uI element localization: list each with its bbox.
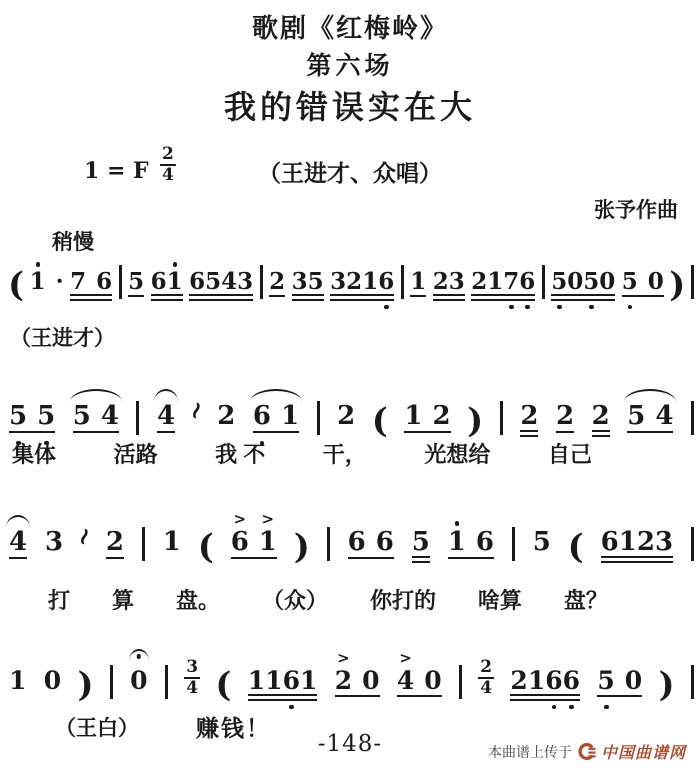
note-char: 0 bbox=[625, 668, 642, 693]
glissando-ornament-icon: ≀ bbox=[76, 521, 93, 550]
note-char: 1 bbox=[362, 270, 378, 293]
note-group: 4> 0 bbox=[396, 668, 443, 702]
note-group: 2 bbox=[555, 403, 575, 438]
note-char: 1 bbox=[487, 270, 503, 293]
note-group: 2 bbox=[105, 529, 125, 564]
octave-dot-low bbox=[569, 705, 574, 710]
lyric-syllable: 活路 bbox=[114, 438, 158, 469]
note-char: 1 bbox=[30, 270, 46, 293]
note-char: 4 bbox=[157, 403, 175, 429]
octave-dot-low bbox=[525, 305, 530, 310]
note-char bbox=[46, 270, 56, 293]
lyric-syllable: 盘？ bbox=[564, 584, 608, 615]
accent-mark: > bbox=[399, 651, 412, 666]
octave-dot-low bbox=[557, 305, 562, 310]
note-group: 1 bbox=[162, 529, 182, 564]
note-char: 2 bbox=[520, 403, 538, 429]
note-char: 3 bbox=[330, 270, 346, 293]
scene-title: 第六场 bbox=[0, 46, 700, 82]
note-char: 1 bbox=[448, 529, 466, 555]
role-label-wangjincai: （王进才） bbox=[10, 322, 115, 352]
parenthesis: ( bbox=[8, 271, 24, 302]
note-char: 3 bbox=[449, 270, 465, 293]
note-char: 3 bbox=[655, 529, 673, 555]
slur-arc bbox=[624, 389, 676, 402]
note-group: 6> 1> bbox=[230, 529, 278, 564]
note-char: 5 bbox=[583, 270, 599, 293]
barline bbox=[110, 665, 113, 699]
octave-dot-high bbox=[173, 262, 178, 267]
barline bbox=[327, 527, 330, 561]
barline bbox=[542, 265, 545, 299]
note-char: 6 bbox=[545, 668, 562, 693]
note-char: 0 bbox=[648, 270, 664, 293]
barline bbox=[260, 265, 263, 299]
note-group: 5 0 bbox=[621, 270, 665, 302]
note-char bbox=[352, 668, 362, 693]
parenthesis: ( bbox=[568, 533, 584, 564]
note-char: 1 bbox=[163, 529, 181, 555]
note-char: 6> bbox=[231, 529, 249, 555]
note-char bbox=[615, 668, 625, 693]
note-char: 1 bbox=[410, 270, 426, 293]
note-char: 5 bbox=[622, 270, 638, 293]
note-group: 6543 bbox=[188, 270, 254, 302]
time-signature-numerator: 2 bbox=[160, 146, 176, 164]
note-char: 5 bbox=[533, 529, 551, 555]
octave-dot-low bbox=[552, 705, 557, 710]
note-char: 6 bbox=[348, 529, 366, 555]
note-char: 0 bbox=[130, 668, 147, 693]
lyric-syllable: 你打的 bbox=[370, 584, 436, 615]
note-group: 5 4 bbox=[72, 403, 120, 438]
note-group: 1 · bbox=[29, 270, 65, 302]
note-char: 6 bbox=[283, 668, 300, 693]
opera-series-title: 歌剧《红梅岭》 bbox=[0, 8, 700, 45]
note-group: 2> 0 bbox=[334, 668, 381, 702]
note-char: 5 bbox=[9, 403, 27, 429]
octave-dot-low bbox=[509, 305, 514, 310]
note-char: 7 bbox=[70, 270, 86, 293]
note-char: 1 bbox=[281, 403, 299, 429]
parenthesis: ( bbox=[372, 407, 388, 438]
octave-dot-low bbox=[628, 305, 633, 310]
composer-credit: 张予作曲 bbox=[594, 194, 678, 224]
sheet-music-page: 歌剧《红梅岭》 第六场 我的错误实在大 1 = F 2 4 （王进才、众唱） 张… bbox=[0, 0, 700, 772]
octave-dot-low bbox=[589, 305, 594, 310]
lyric-syllable: 算 bbox=[112, 584, 134, 615]
note-char: 5 bbox=[205, 270, 221, 293]
lyric-syllable: 光想给 bbox=[424, 438, 490, 469]
octave-dot-low bbox=[384, 305, 389, 310]
note-char bbox=[638, 270, 648, 293]
note-char bbox=[86, 270, 96, 293]
note-char: 2 bbox=[510, 668, 527, 693]
barline bbox=[317, 401, 320, 435]
note-char: 3 bbox=[292, 270, 308, 293]
barline bbox=[401, 265, 404, 299]
barline bbox=[165, 665, 168, 699]
note-group: 3216 bbox=[329, 270, 395, 302]
note-char: 6 bbox=[519, 270, 535, 293]
note-group: 61 bbox=[150, 270, 184, 302]
note-char: 2 bbox=[217, 403, 235, 429]
lyric-syllable: 打 bbox=[48, 584, 70, 615]
time-signature-denominator: 4 bbox=[184, 677, 200, 698]
note-group: 4 bbox=[156, 403, 176, 438]
glissando-ornament-icon: ≀ bbox=[188, 395, 205, 424]
barline bbox=[500, 401, 503, 435]
music-line-1: (1 ·7 656165432353216123217650505 0) bbox=[8, 250, 695, 302]
zhongguoqupu-logo-icon bbox=[577, 742, 596, 761]
note-group: 1 bbox=[8, 668, 27, 702]
note-group: 6123 bbox=[600, 529, 674, 564]
slur-arc bbox=[70, 389, 122, 402]
note-group: 2166 bbox=[509, 668, 581, 702]
note-group: 4 bbox=[8, 529, 28, 564]
note-group: 2 bbox=[591, 403, 611, 438]
barline bbox=[119, 265, 122, 299]
note-char: 0 bbox=[44, 668, 61, 693]
note-char: 3 bbox=[237, 270, 253, 293]
note-group: 6 1 bbox=[252, 403, 300, 438]
octave-dot-high bbox=[455, 521, 460, 526]
barline bbox=[136, 401, 139, 435]
barline bbox=[691, 665, 694, 699]
music-line-4: 10)034(11612> 04> 02421665 0) bbox=[8, 646, 695, 702]
note-char: 6 bbox=[378, 270, 394, 293]
note-char: 0 bbox=[424, 668, 441, 693]
note-char: 1 bbox=[167, 270, 183, 293]
note-group: 5 bbox=[532, 529, 552, 564]
note-char: 4 bbox=[655, 403, 673, 429]
note-group: 1 bbox=[409, 270, 427, 302]
lyrics-row-2: 打算盘。（众）你打的啥算盘？ bbox=[48, 584, 608, 615]
note-group: 5 0 bbox=[596, 668, 643, 702]
note-char: 1 bbox=[265, 668, 282, 693]
note-char bbox=[414, 668, 424, 693]
note-char: 5 bbox=[73, 403, 91, 429]
note-char: 1 bbox=[619, 529, 637, 555]
note-char: 5 bbox=[128, 270, 144, 293]
note-char bbox=[366, 529, 376, 555]
note-char: 1 bbox=[528, 668, 545, 693]
octave-dot-low bbox=[289, 705, 294, 710]
note-char: · bbox=[56, 270, 64, 293]
note-char bbox=[645, 403, 655, 429]
time-signature: 2 4 bbox=[160, 146, 176, 185]
accent-mark: > bbox=[262, 512, 275, 527]
parenthesis: ( bbox=[198, 533, 214, 564]
note-char: 2 bbox=[337, 403, 355, 429]
note-group: 2 bbox=[216, 403, 236, 438]
lyric-syllable: 我 不 bbox=[215, 438, 265, 469]
time-signature-numerator: 3 bbox=[184, 659, 200, 677]
lyric-syllable: 集体 bbox=[12, 438, 56, 469]
barline bbox=[691, 265, 694, 299]
parenthesis: ) bbox=[467, 407, 483, 438]
note-char: 4 bbox=[101, 403, 119, 429]
octave-dot-high bbox=[36, 262, 41, 267]
lyric-syllable: 盘。 bbox=[176, 584, 220, 615]
note-char: 6 bbox=[376, 529, 394, 555]
performers-label: （王进才、众唱） bbox=[258, 155, 442, 188]
note-group: 1161 bbox=[247, 668, 319, 702]
note-char bbox=[91, 403, 101, 429]
note-group: 0 bbox=[129, 668, 148, 702]
parenthesis: ) bbox=[77, 671, 93, 702]
note-char: 2 bbox=[637, 529, 655, 555]
note-char: 6 bbox=[563, 668, 580, 693]
note-group: 2 bbox=[268, 270, 286, 302]
slur-arc bbox=[6, 515, 30, 528]
note-char: 6 bbox=[189, 270, 205, 293]
note-char bbox=[27, 403, 37, 429]
note-char: 2 bbox=[592, 403, 610, 429]
lyrics-row-1: 集体活路我 不干，光想给自己 bbox=[12, 438, 592, 469]
parenthesis: ( bbox=[215, 671, 231, 702]
time-signature-numerator: 2 bbox=[478, 659, 494, 677]
note-char: 4 bbox=[221, 270, 237, 293]
note-char: 6 bbox=[151, 270, 167, 293]
note-char: 1 bbox=[404, 403, 422, 429]
music-line-3: 43≀21(6> 1>)6 651 65(6123 bbox=[8, 508, 695, 564]
note-char: 2 bbox=[433, 270, 449, 293]
watermark-text: 本曲谱上传于 bbox=[488, 742, 572, 762]
note-char: 5 bbox=[37, 403, 55, 429]
note-group: 5 bbox=[127, 270, 145, 302]
note-group: 6 6 bbox=[347, 529, 395, 564]
note-char: 2 bbox=[556, 403, 574, 429]
note-char bbox=[271, 403, 281, 429]
note-char: 6 bbox=[476, 529, 494, 555]
note-char: 7 bbox=[503, 270, 519, 293]
note-char: 4> bbox=[397, 668, 414, 693]
note-char: 5 bbox=[308, 270, 324, 293]
time-signature-change: 34 bbox=[184, 659, 200, 698]
note-char: 5 bbox=[597, 668, 614, 693]
key-signature: 1 = F bbox=[84, 158, 149, 184]
barline bbox=[142, 527, 145, 561]
parenthesis: ) bbox=[294, 533, 310, 564]
time-signature-change: 24 bbox=[478, 659, 494, 698]
note-char: 3 bbox=[45, 529, 63, 555]
music-line-2: 5 55 44≀26 12(1 2)2225 4 bbox=[8, 382, 695, 438]
accent-mark: > bbox=[233, 512, 246, 527]
lyric-syllable: 啥算 bbox=[478, 584, 522, 615]
note-group: 7 6 bbox=[69, 270, 113, 302]
note-group: 5050 bbox=[550, 270, 616, 302]
barline bbox=[691, 401, 694, 435]
note-group: 1 6 bbox=[447, 529, 495, 564]
note-char: 5 bbox=[412, 529, 430, 555]
note-char: 5 bbox=[551, 270, 567, 293]
song-title: 我的错误实在大 bbox=[0, 82, 700, 128]
barline bbox=[459, 665, 462, 699]
slur-arc bbox=[250, 389, 302, 402]
note-char: 2 bbox=[433, 403, 451, 429]
fermata-icon bbox=[129, 649, 149, 661]
time-signature-denominator: 4 bbox=[478, 677, 494, 698]
note-char: 2 bbox=[346, 270, 362, 293]
barline bbox=[512, 527, 515, 561]
accent-mark: > bbox=[337, 651, 350, 666]
note-char: 1> bbox=[259, 529, 277, 555]
note-group: 5 4 bbox=[626, 403, 674, 438]
lyric-syllable: 干， bbox=[323, 438, 367, 469]
note-group: 0 bbox=[43, 668, 62, 702]
note-char: 4 bbox=[9, 529, 27, 555]
note-char: 2> bbox=[335, 668, 352, 693]
note-char: 6 bbox=[601, 529, 619, 555]
note-char: 2 bbox=[471, 270, 487, 293]
lyric-syllable: 自己 bbox=[548, 438, 592, 469]
note-group: 5 bbox=[411, 529, 431, 564]
parenthesis: ) bbox=[658, 671, 674, 702]
note-group: 35 bbox=[291, 270, 325, 302]
watermark-brand: 中国曲谱网 bbox=[601, 740, 686, 763]
note-group: 2 bbox=[519, 403, 539, 438]
note-char: 6 bbox=[253, 403, 271, 429]
note-char: 2 bbox=[106, 529, 124, 555]
note-char: 0 bbox=[567, 270, 583, 293]
note-char bbox=[423, 403, 433, 429]
note-char bbox=[249, 529, 259, 555]
note-group: 2176 bbox=[470, 270, 536, 302]
watermark: 本曲谱上传于 中国曲谱网 bbox=[488, 740, 686, 763]
parenthesis: ) bbox=[669, 271, 685, 302]
note-char: 1 bbox=[300, 668, 317, 693]
note-group: 1 2 bbox=[403, 403, 451, 438]
barline bbox=[691, 527, 694, 561]
time-signature-denominator: 4 bbox=[160, 164, 176, 185]
note-char: 1 bbox=[248, 668, 265, 693]
note-char: 5 bbox=[627, 403, 645, 429]
note-char: 2 bbox=[269, 270, 285, 293]
lyric-syllable: （众） bbox=[262, 584, 328, 615]
note-group: 5 5 bbox=[8, 403, 56, 438]
note-group: 2 bbox=[336, 403, 356, 438]
octave-dot-low bbox=[604, 705, 609, 710]
note-char: 0 bbox=[599, 270, 615, 293]
slur-arc bbox=[154, 389, 178, 402]
note-char: 1 bbox=[9, 668, 26, 693]
note-group: 23 bbox=[432, 270, 466, 302]
note-char: 0 bbox=[362, 668, 379, 693]
note-char bbox=[466, 529, 476, 555]
note-group: 3 bbox=[44, 529, 64, 564]
note-char: 6 bbox=[96, 270, 112, 293]
